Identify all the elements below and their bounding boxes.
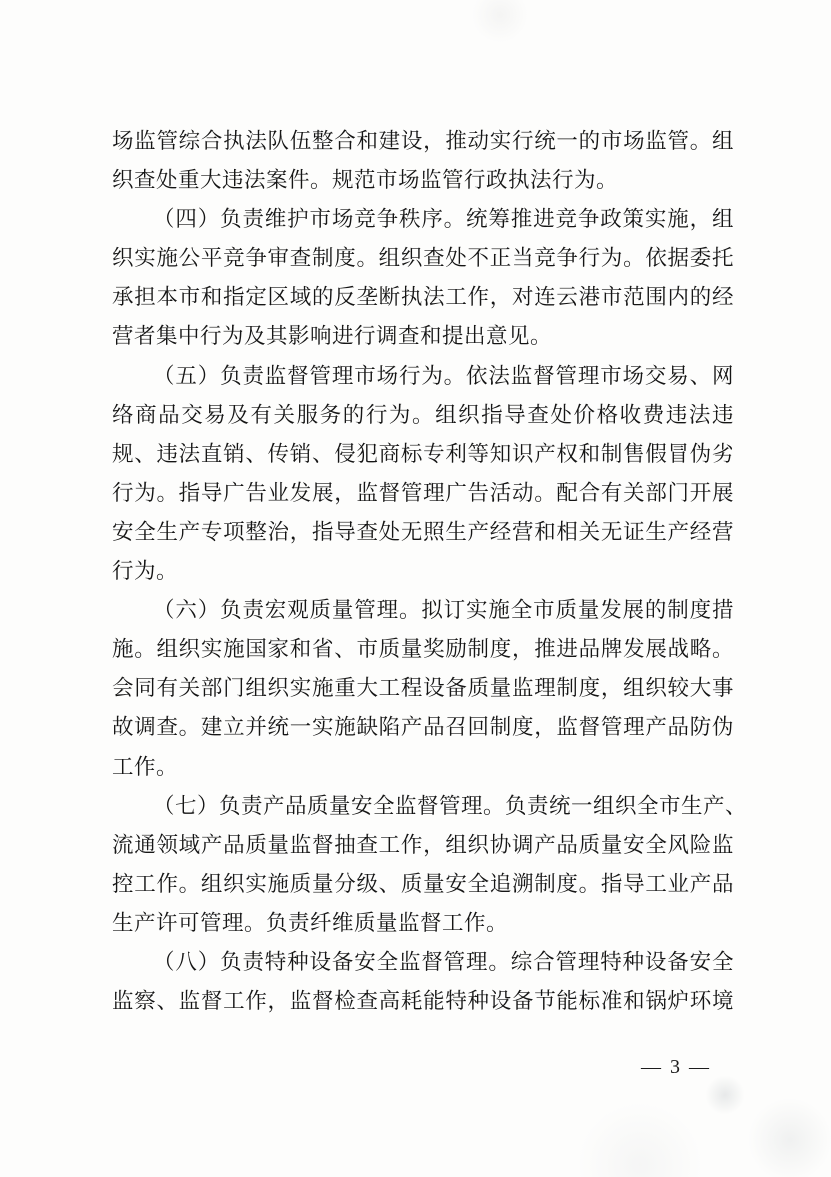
text-line-para-4-start: （四）负责维护市场竞争秩序。统筹推进竞争政策实施，组 xyxy=(112,200,734,239)
text-line: 安全生产专项整治，指导查处无照生产经营和相关无证生产经营 xyxy=(112,513,734,552)
body-text: 场监管综合执法队伍整合和建设，推动实行统一的市场监管。组 织查处重大违法案件。规… xyxy=(112,122,734,1021)
text-line: 织实施公平竞争审查制度。组织查处不正当竞争行为。依据委托 xyxy=(112,239,734,278)
text-line: 流通领域产品质量监督抽查工作，组织协调产品质量安全风险监 xyxy=(112,826,734,865)
text-line: 规、违法直销、传销、侵犯商标专利等知识产权和制售假冒伪劣 xyxy=(112,435,734,474)
text-line: 生产许可管理。负责纤维质量监督工作。 xyxy=(112,904,734,943)
text-line: 织查处重大违法案件。规范市场监管行政执法行为。 xyxy=(112,161,734,200)
text-line: 行为。 xyxy=(112,552,734,591)
text-line: 络商品交易及有关服务的行为。组织指导查处价格收费违法违 xyxy=(112,396,734,435)
page-number: — 3 — xyxy=(636,1053,716,1081)
text-line: 营者集中行为及其影响进行调查和提出意见。 xyxy=(112,317,734,356)
scanned-document-page: 场监管综合执法队伍整合和建设，推动实行统一的市场监管。组 织查处重大违法案件。规… xyxy=(0,0,831,1177)
text-line: 故调查。建立并统一实施缺陷产品召回制度，监督管理产品防伪 xyxy=(112,708,734,747)
text-line-para-8-start: （八）负责特种设备安全监督管理。综合管理特种设备安全 xyxy=(112,943,734,982)
text-line-para-5-start: （五）负责监督管理市场行为。依法监督管理市场交易、网 xyxy=(112,357,734,396)
text-line: 场监管综合执法队伍整合和建设，推动实行统一的市场监管。组 xyxy=(112,122,734,161)
text-line: 承担本市和指定区域的反垄断执法工作，对连云港市范围内的经 xyxy=(112,278,734,317)
text-line: 会同有关部门组织实施重大工程设备质量监理制度，组织较大事 xyxy=(112,669,734,708)
text-line: 控工作。组织实施质量分级、质量安全追溯制度。指导工业产品 xyxy=(112,865,734,904)
text-line-para-6-start: （六）负责宏观质量管理。拟订实施全市质量发展的制度措 xyxy=(112,591,734,630)
text-line: 监察、监督工作，监督检查高耗能特种设备节能标准和锅炉环境 xyxy=(112,982,734,1021)
text-line: 行为。指导广告业发展，监督管理广告活动。配合有关部门开展 xyxy=(112,474,734,513)
text-line-para-7-start: （七）负责产品质量安全监督管理。负责统一组织全市生产、 xyxy=(112,787,734,826)
text-line: 施。组织实施国家和省、市质量奖励制度，推进品牌发展战略。 xyxy=(112,630,734,669)
text-line: 工作。 xyxy=(112,748,734,787)
